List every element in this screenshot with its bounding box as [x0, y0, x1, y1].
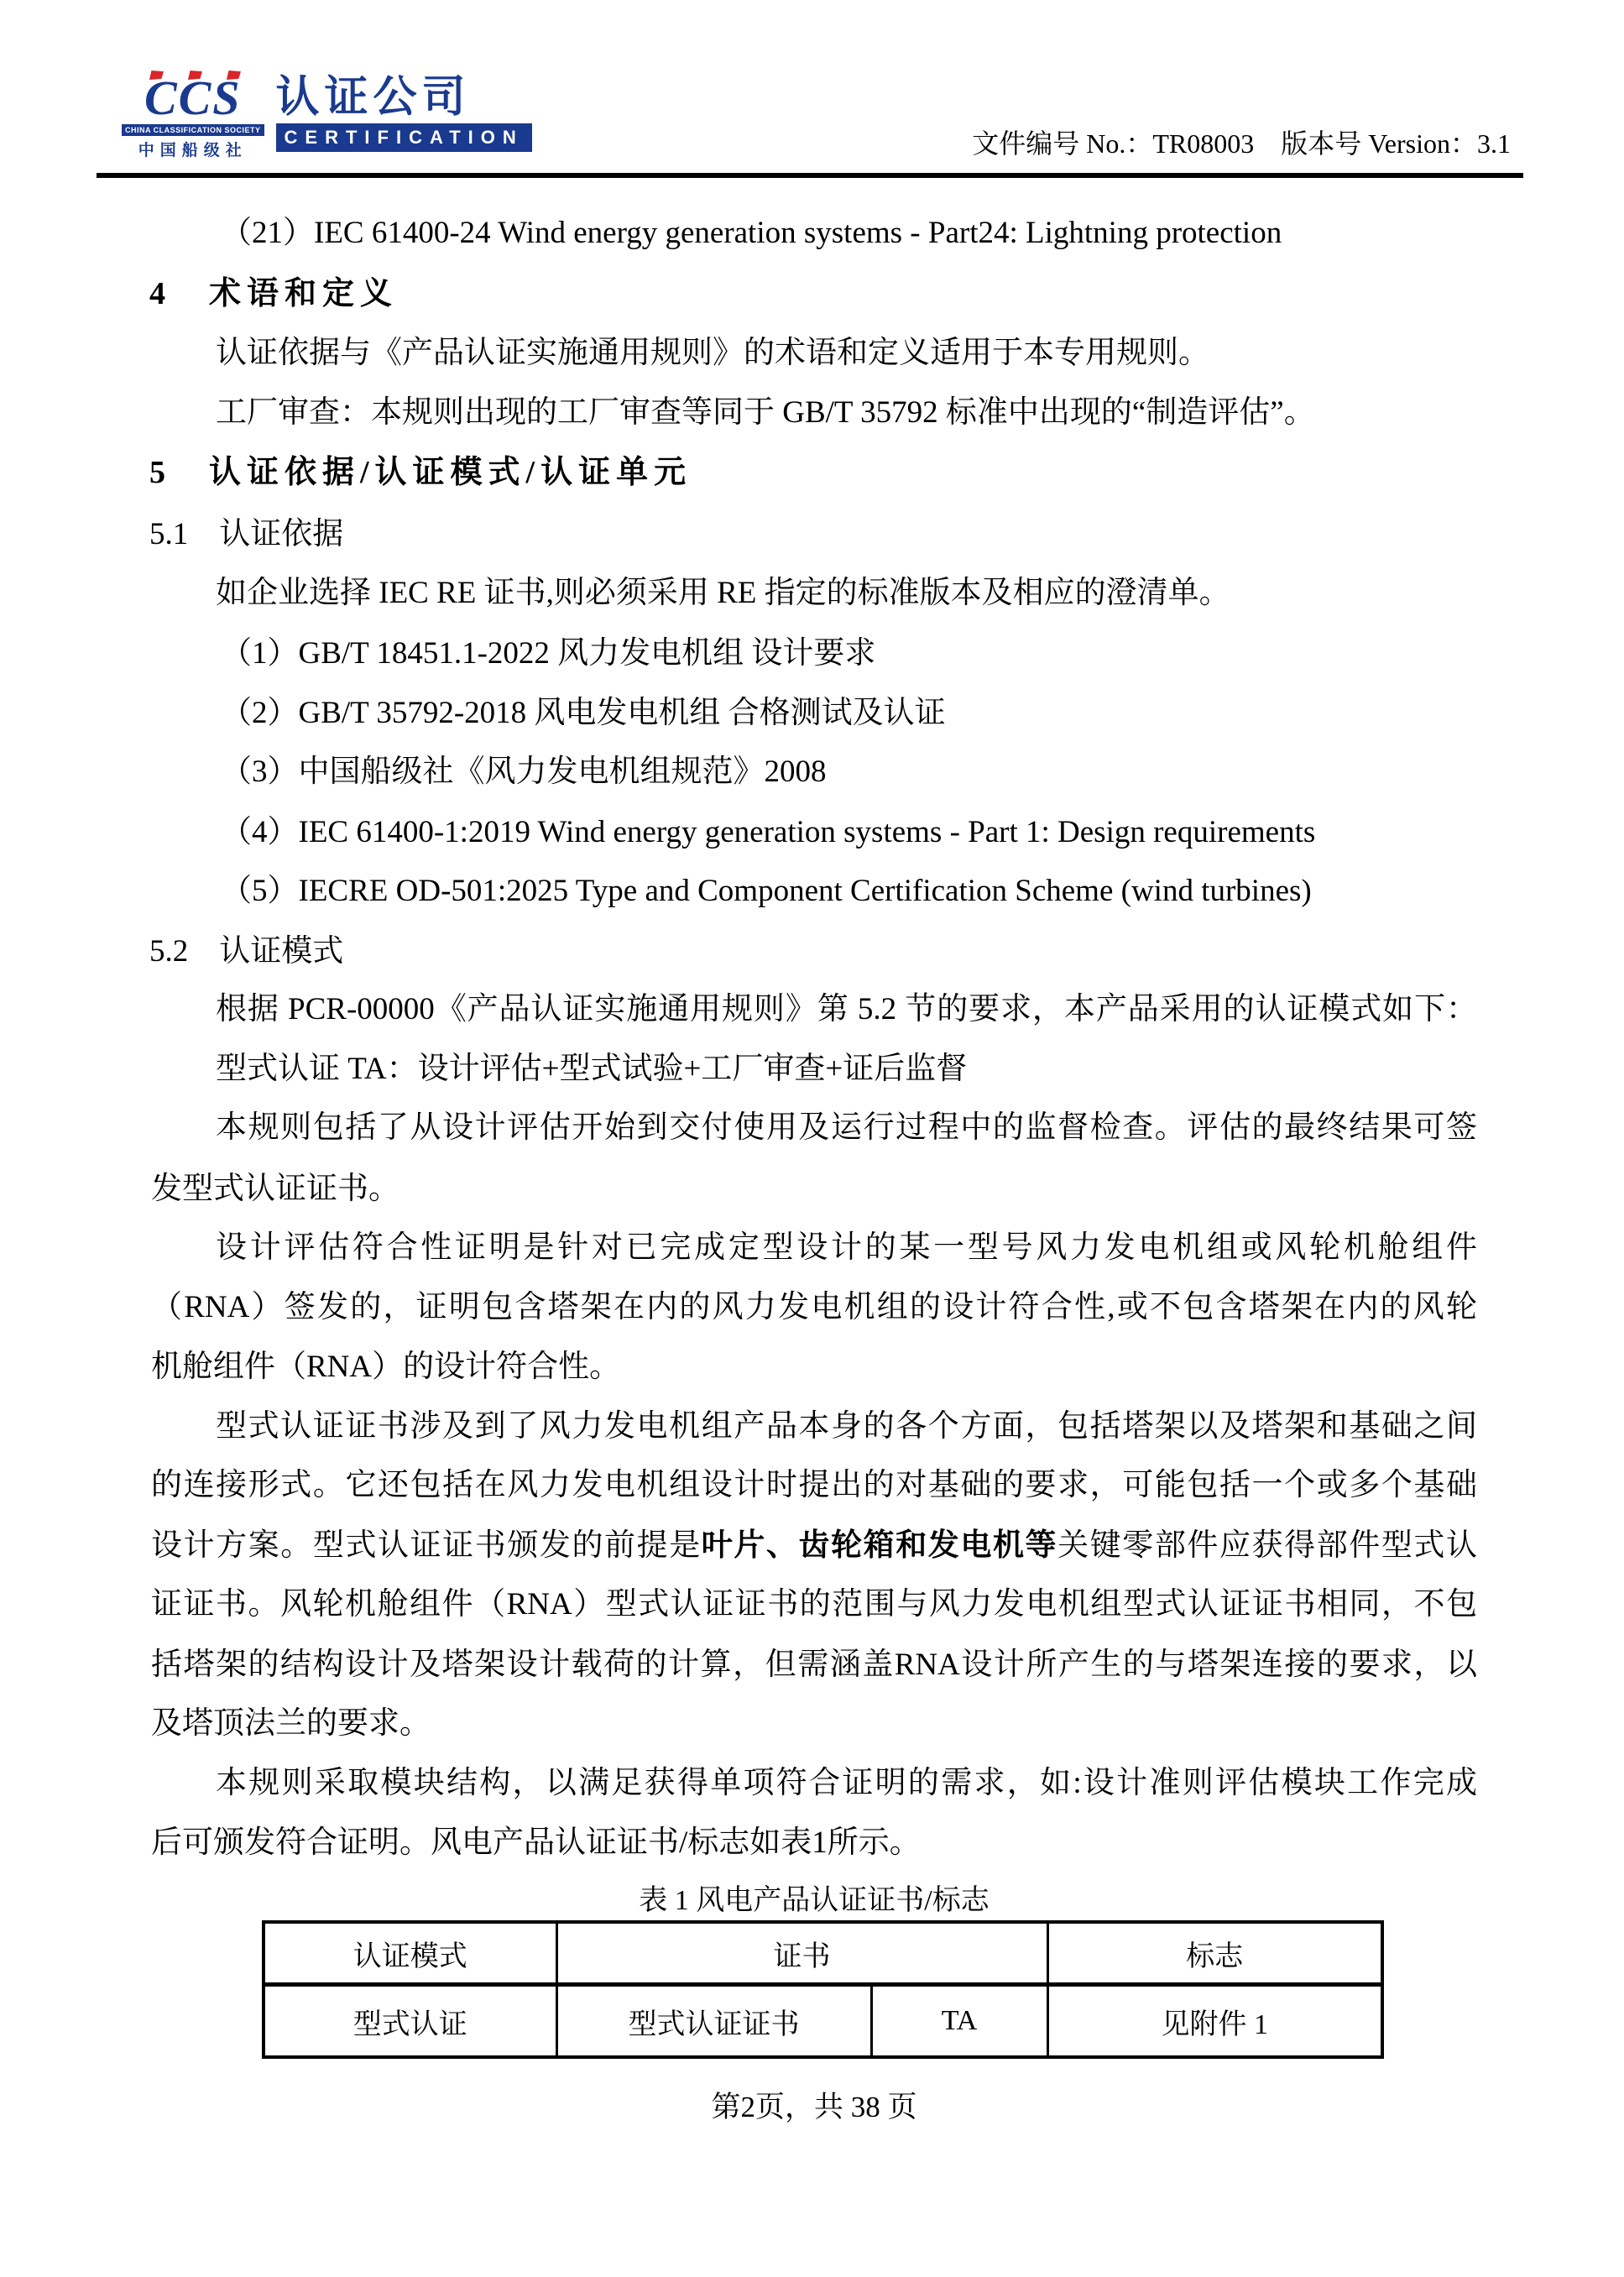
text-line: 型式认证证书涉及到了风力发电机组产品本身的各个方面，包括塔架以及塔架和基础之间: [151, 1408, 1477, 1445]
text-run: 根据 PCR-00000《产品认证实施通用规则》第 5.2 节的要求，本产品采用…: [216, 992, 1477, 1026]
text-run: 认证依据与《产品认证实施通用规则》的术语和定义适用于本专用规则。: [216, 336, 1209, 370]
text-line: 如企业选择 IEC RE 证书,则必须采用 RE 指定的标准版本及相应的澄清单。: [216, 575, 1230, 612]
text-line: 5 认证依据/认证模式/认证单元: [149, 454, 692, 493]
document-page: CCS CHINA CLASSIFICATION SOCIETY 中国船级社 认…: [0, 0, 1624, 2277]
text-run: （21）IEC 61400-24 Wind energy generation …: [221, 216, 1282, 250]
text-line: （21）IEC 61400-24 Wind energy generation …: [221, 215, 1282, 252]
table-cell: 型式认证: [264, 1985, 556, 2058]
text-line: 认证依据与《产品认证实施通用规则》的术语和定义适用于本专用规则。: [216, 335, 1209, 372]
text-line: 型式认证 TA：设计评估+型式试验+工厂审查+证后监督: [216, 1051, 967, 1088]
table-header-row: 认证模式 证书 标志: [264, 1922, 1382, 1985]
text-line: 设计方案。型式认证证书颁发的前提是叶片、齿轮箱和发电机等关键零部件应获得部件型式…: [151, 1528, 1477, 1564]
header-divider: [97, 173, 1523, 178]
text-run: 证证书。风轮机舱组件（RNA）型式认证证书的范围与风力发电机组型式认证证书相同，…: [151, 1587, 1477, 1622]
ccs-flag-icon: [227, 71, 241, 80]
text-run: 型式认证证书涉及到了风力发电机组产品本身的各个方面，包括塔架以及塔架和基础之间: [216, 1409, 1477, 1444]
page-number: 第2页，共 38 页: [151, 2090, 1477, 2125]
text-line: 5.2 认证模式: [149, 933, 343, 970]
text-line: （2）GB/T 35792-2018 风电发电机组 合格测试及认证: [221, 695, 946, 732]
text-run: 设计方案。型式认证证书颁发的前提是: [151, 1528, 702, 1563]
text-line: 工厂审查：本规则出现的工厂审查等同于 GB/T 35792 标准中出现的“制造评…: [216, 394, 1315, 431]
text-run: 工厂审查：本规则出现的工厂审查等同于 GB/T 35792 标准中出现的“制造评…: [216, 395, 1315, 430]
text-line: 后可颁发符合证明。风电产品认证证书/标志如表1所示。: [151, 1825, 921, 1862]
ccs-logo-right: 认证公司 CERTIFICATION: [276, 74, 532, 152]
society-name-en: CHINA CLASSIFICATION SOCIETY: [122, 124, 264, 136]
text-run: 后可颁发符合证明。风电产品认证证书/标志如表1所示。: [151, 1825, 921, 1860]
text-run: 的连接形式。它还包括在风力发电机组设计时提出的对基础的要求，可能包括一个或多个基…: [151, 1468, 1477, 1502]
text-run: 设计评估符合性证明是针对已完成定型设计的某一型号风力发电机组或风轮机舱组件: [216, 1230, 1477, 1265]
text-line: 5.1 认证依据: [149, 516, 343, 553]
text-line: （1）GB/T 18451.1-2022 风力发电机组 设计要求: [221, 635, 875, 672]
certification-table: 认证模式 证书 标志 型式认证 型式认证证书 TA 见附件 1: [262, 1920, 1384, 2059]
text-line: 根据 PCR-00000《产品认证实施通用规则》第 5.2 节的要求，本产品采用…: [151, 991, 1477, 1028]
text-run: （RNA）签发的，证明包含塔架在内的风力发电机组的设计符合性,或不包含塔架在内的…: [151, 1290, 1477, 1324]
text-run: 及塔顶法兰的要求。: [151, 1706, 431, 1741]
text-run: （3）中国船级社《风力发电机组规范》2008: [221, 755, 827, 789]
ccs-letters-wrap: CCS: [144, 74, 242, 123]
bold-text-run: 叶片、齿轮箱和发电机等: [702, 1528, 1057, 1563]
text-run: 型式认证 TA：设计评估+型式试验+工厂审查+证后监督: [216, 1052, 967, 1086]
text-run: （2）GB/T 35792-2018 风电发电机组 合格测试及认证: [221, 696, 946, 730]
text-run: 本规则采取模块结构，以满足获得单项符合证明的需求，如:设计准则评估模块工作完成: [216, 1766, 1477, 1800]
text-line: 证证书。风轮机舱组件（RNA）型式认证证书的范围与风力发电机组型式认证证书相同，…: [151, 1586, 1477, 1623]
text-line: 4 术语和定义: [149, 275, 398, 314]
table-header-cell: 证书: [556, 1922, 1047, 1985]
text-line: （5）IECRE OD-501:2025 Type and Component …: [221, 873, 1312, 910]
text-run: 机舱组件（RNA）的设计符合性。: [151, 1350, 620, 1384]
text-run: 5 认证依据/认证模式/认证单元: [149, 455, 692, 490]
doc-number-version: 文件编号 No.：TR08003 版本号 Version：3.1: [972, 123, 1511, 161]
text-line: 本规则采取模块结构，以满足获得单项符合证明的需求，如:设计准则评估模块工作完成: [151, 1765, 1477, 1802]
text-run: 4 术语和定义: [149, 276, 398, 311]
ccs-logo-left: CCS CHINA CLASSIFICATION SOCIETY 中国船级社: [122, 74, 264, 160]
text-run: 本规则包括了从设计评估开始到交付使用及运行过程中的监督检查。评估的最终结果可签: [216, 1110, 1477, 1145]
text-line: 发型式认证证书。: [151, 1171, 399, 1208]
table-cell: 型式认证证书: [556, 1985, 871, 2058]
text-line: 机舱组件（RNA）的设计符合性。: [151, 1349, 620, 1386]
text-run: 5.1 认证依据: [149, 517, 343, 551]
ccs-logo: CCS CHINA CLASSIFICATION SOCIETY 中国船级社 认…: [122, 74, 532, 160]
company-name-cn: 认证公司: [276, 74, 532, 122]
table-cell: TA: [871, 1985, 1047, 2058]
text-run: （5）IECRE OD-501:2025 Type and Component …: [221, 874, 1312, 908]
text-line: 括塔架的结构设计及塔架设计载荷的计算，但需涵盖RNA设计所产生的与塔架连接的要求…: [151, 1647, 1477, 1684]
certification-bar: CERTIFICATION: [276, 123, 532, 152]
text-line: 的连接形式。它还包括在风力发电机组设计时提出的对基础的要求，可能包括一个或多个基…: [151, 1467, 1477, 1504]
table-header-cell: 标志: [1047, 1922, 1382, 1985]
text-run: （4）IEC 61400-1:2019 Wind energy generati…: [221, 815, 1315, 849]
table-header-cell: 认证模式: [264, 1922, 556, 1985]
text-run: 括塔架的结构设计及塔架设计载荷的计算，但需涵盖RNA设计所产生的与塔架连接的要求…: [151, 1648, 1477, 1682]
text-run: 关键零部件应获得部件型式认: [1057, 1528, 1477, 1563]
text-line: 设计评估符合性证明是针对已完成定型设计的某一型号风力发电机组或风轮机舱组件: [151, 1230, 1477, 1266]
text-line: 本规则包括了从设计评估开始到交付使用及运行过程中的监督检查。评估的最终结果可签: [151, 1110, 1477, 1146]
text-line: （4）IEC 61400-1:2019 Wind energy generati…: [221, 814, 1315, 851]
text-line: 及塔顶法兰的要求。: [151, 1705, 431, 1742]
table-caption: 表 1 风电产品认证证书/标志: [151, 1884, 1477, 1919]
text-run: 发型式认证证书。: [151, 1172, 399, 1206]
table-row: 型式认证 型式认证证书 TA 见附件 1: [264, 1985, 1382, 2058]
ccs-flag-icon: [149, 71, 164, 80]
society-name-cn: 中国船级社: [138, 138, 248, 160]
table-cell: 见附件 1: [1047, 1985, 1382, 2058]
ccs-flag-icon: [188, 71, 202, 80]
text-run: 如企业选择 IEC RE 证书,则必须采用 RE 指定的标准版本及相应的澄清单。: [216, 576, 1230, 610]
text-run: （1）GB/T 18451.1-2022 风力发电机组 设计要求: [221, 636, 875, 671]
text-line: （RNA）签发的，证明包含塔架在内的风力发电机组的设计符合性,或不包含塔架在内的…: [151, 1289, 1477, 1326]
text-run: 5.2 认证模式: [149, 934, 343, 969]
text-line: （3）中国船级社《风力发电机组规范》2008: [221, 754, 827, 791]
